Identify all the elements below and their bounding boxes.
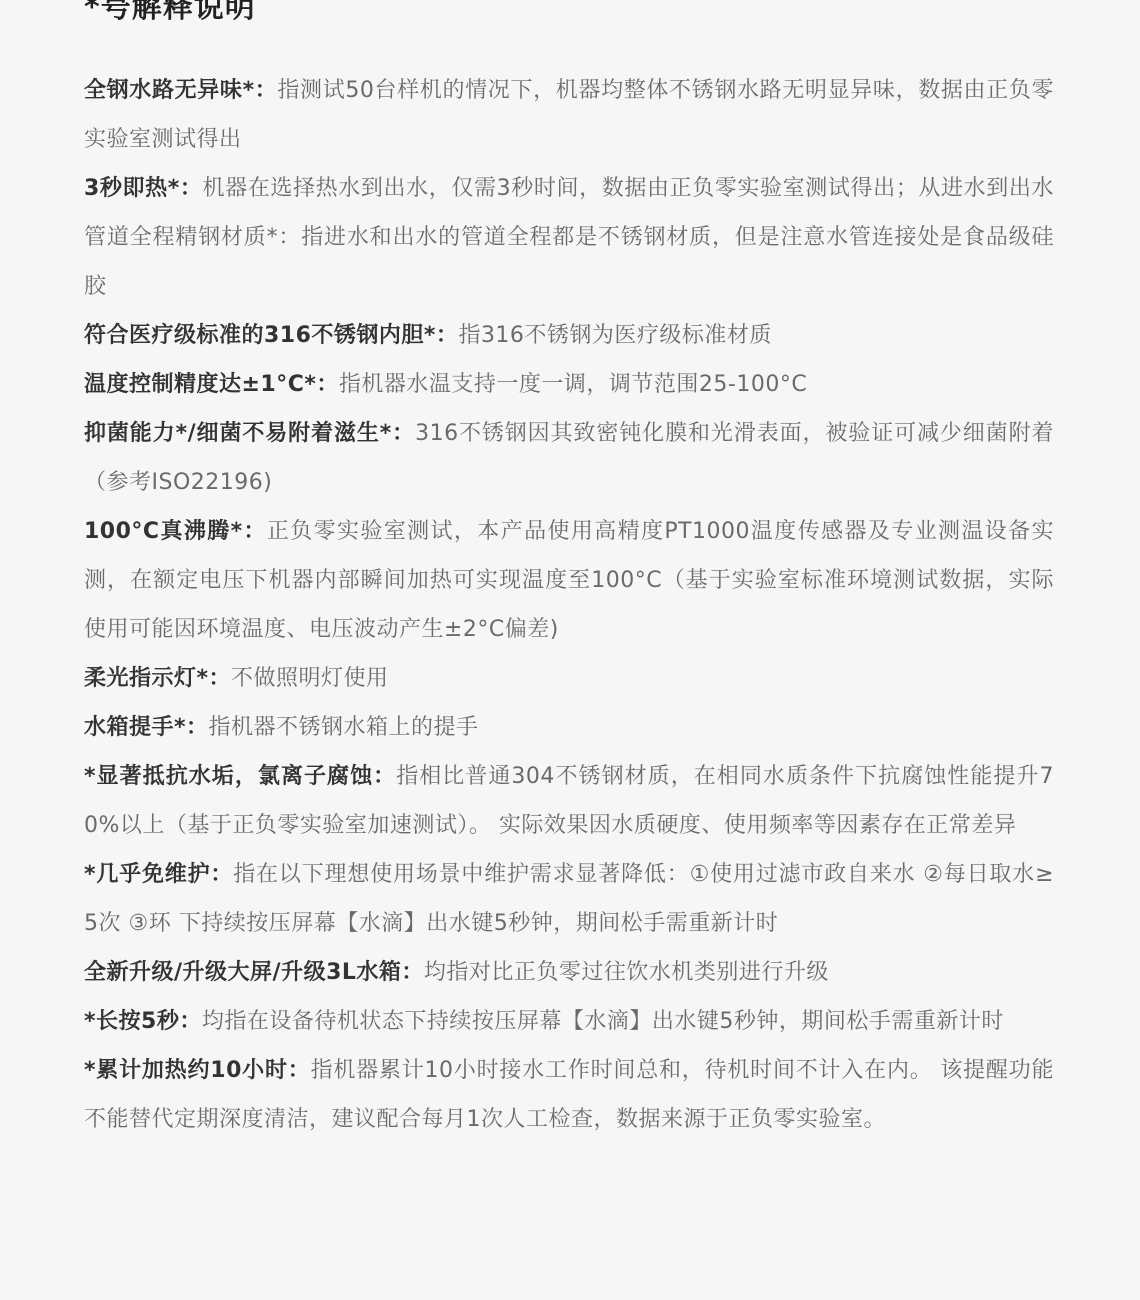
footnote-label: 抑菌能力*/细菌不易附着滋生*： <box>84 421 415 446</box>
footnote-entry: 柔光指示灯*：不做照明灯使用 <box>84 654 1054 703</box>
footnote-entry: *几乎免维护：指在以下理想使用场景中维护需求显著降低：①使用过滤市政自来水 ②每… <box>84 850 1054 948</box>
footnote-label: 全钢水路无异味*： <box>84 78 277 103</box>
page-title: *号解释说明 <box>84 0 256 30</box>
footnote-entry: 全钢水路无异味*：指测试50台样机的情况下，机器均整体不锈钢水路无明显异味，数据… <box>84 66 1054 164</box>
footnote-label: 水箱提手*： <box>84 715 209 740</box>
footnote-label: 全新升级/升级大屏/升级3L水箱： <box>84 960 424 985</box>
footnote-entry: 3秒即热*：机器在选择热水到出水，仅需3秒时间，数据由正负零实验室测试得出；从进… <box>84 164 1054 311</box>
footnote-entry: 100°C真沸腾*：正负零实验室测试，本产品使用高精度PT1000温度传感器及专… <box>84 507 1054 654</box>
footnote-entry: 水箱提手*：指机器不锈钢水箱上的提手 <box>84 703 1054 752</box>
footnote-label: 符合医疗级标准的316不锈钢内胆*： <box>84 323 458 348</box>
footnote-description: 机器在选择热水到出水，仅需3秒时间，数据由正负零实验室测试得出；从进水到出水管道… <box>84 176 1054 299</box>
footnote-entry: *累计加热约10小时：指机器累计10小时接水工作时间总和，待机时间不计入在内。 … <box>84 1046 1054 1144</box>
footnote-label: *显著抵抗水垢，氯离子腐蚀： <box>84 764 396 789</box>
footnote-entry: *长按5秒：均指在设备待机状态下持续按压屏幕【水滴】出水键5秒钟，期间松手需重新… <box>84 997 1054 1046</box>
footnote-entry: 抑菌能力*/细菌不易附着滋生*：316不锈钢因其致密钝化膜和光滑表面，被验证可减… <box>84 409 1054 507</box>
footnote-label: *累计加热约10小时： <box>84 1058 311 1083</box>
footnote-description: 指机器水温支持一度一调，调节范围25-100°C <box>339 372 807 397</box>
footnote-label: 温度控制精度达±1°C*： <box>84 372 339 397</box>
footnote-label: 柔光指示灯*： <box>84 666 231 691</box>
footnote-label: 100°C真沸腾*： <box>84 519 267 544</box>
footnote-description: 指机器不锈钢水箱上的提手 <box>209 715 479 740</box>
footnote-label: *几乎免维护： <box>84 862 233 887</box>
footnote-description: 指316不锈钢为医疗级标准材质 <box>458 323 772 348</box>
footnote-label: *长按5秒： <box>84 1009 202 1034</box>
footnote-entry: 全新升级/升级大屏/升级3L水箱：均指对比正负零过往饮水机类别进行升级 <box>84 948 1054 997</box>
footnote-entry: 温度控制精度达±1°C*：指机器水温支持一度一调，调节范围25-100°C <box>84 360 1054 409</box>
footnote-list: 全钢水路无异味*：指测试50台样机的情况下，机器均整体不锈钢水路无明显异味，数据… <box>84 66 1054 1144</box>
footnote-description: 均指在设备待机状态下持续按压屏幕【水滴】出水键5秒钟，期间松手需重新计时 <box>202 1009 1004 1034</box>
footnote-description: 不做照明灯使用 <box>231 666 389 691</box>
footnote-entry: 符合医疗级标准的316不锈钢内胆*：指316不锈钢为医疗级标准材质 <box>84 311 1054 360</box>
footnote-description: 均指对比正负零过往饮水机类别进行升级 <box>424 960 829 985</box>
footnote-label: 3秒即热*： <box>84 176 203 201</box>
footnote-entry: *显著抵抗水垢，氯离子腐蚀：指相比普通304不锈钢材质，在相同水质条件下抗腐蚀性… <box>84 752 1054 850</box>
